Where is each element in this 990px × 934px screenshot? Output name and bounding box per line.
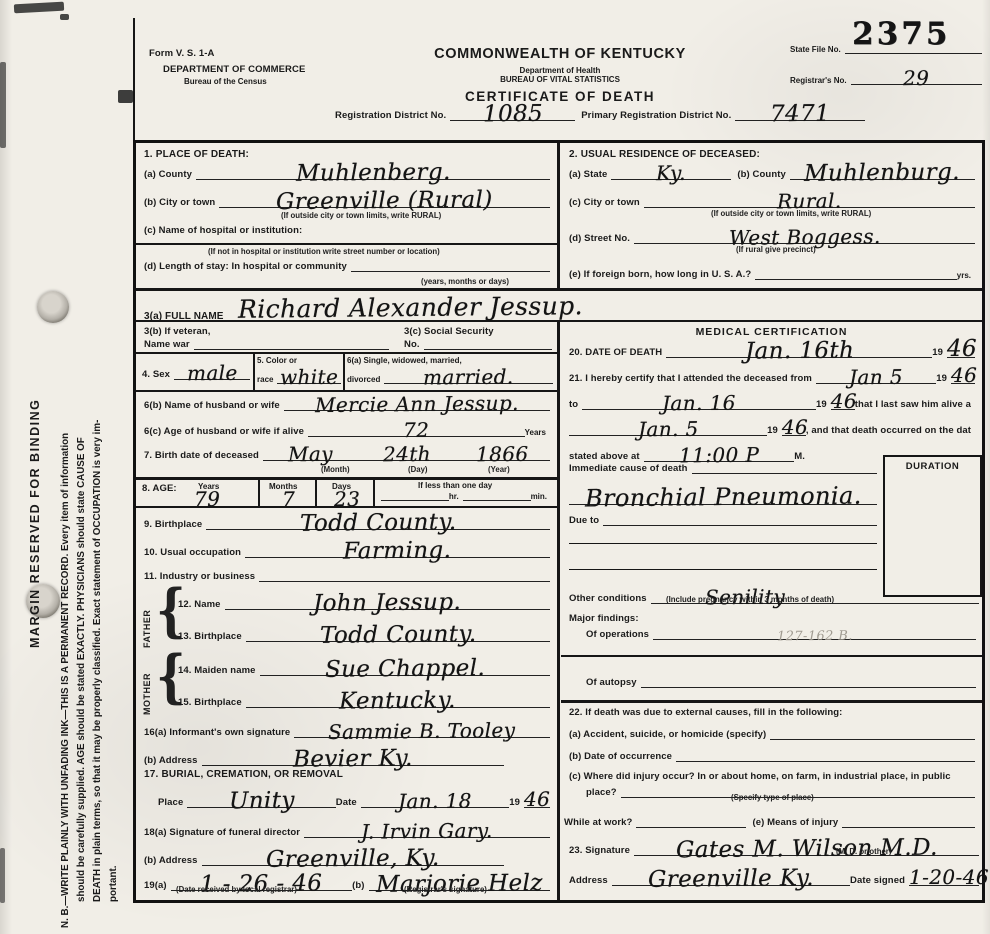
bureau-of-vital-statistics: BUREAU OF VITAL STATISTICS — [380, 75, 740, 84]
spouse-age-line: 72 — [308, 422, 525, 437]
attended-to-row: to Jan. 16 19 46 that I last saw him ali… — [569, 395, 975, 410]
cell-line — [136, 506, 557, 508]
father-name-value: John Jessup. — [313, 596, 461, 611]
mother-name-label: 14. Maiden name — [178, 665, 260, 676]
age-hr-line — [381, 500, 449, 501]
sex-row: 4. Sex male — [142, 365, 250, 380]
residence-city-line: Rural. — [644, 193, 975, 208]
registrar-no-line: 29 — [851, 70, 982, 85]
attended-from-year: 46 — [951, 363, 977, 387]
birth-date-row: 7. Birth date of deceased May 24th 1866 — [144, 446, 550, 461]
birthplace-line: Todd County. — [206, 515, 550, 530]
date-of-death-value: Jan. 16th — [744, 344, 853, 359]
certificate-form: 1. PLACE OF DEATH: (a) County Muhlenberg… — [133, 140, 985, 903]
death-occurred-text: , and that death occurred on the dat — [806, 425, 975, 436]
form-number: Form V. S. 1-A — [149, 48, 214, 59]
column-divider — [557, 143, 560, 288]
informant-address-line: Bevier Ky. — [202, 751, 504, 766]
informant-label: 16(a) Informant's own signature — [144, 727, 294, 738]
cell-divider — [343, 352, 345, 390]
birth-year-note: (Year) — [488, 465, 510, 474]
stated-above-label: stated above at — [569, 451, 644, 462]
state-file-line — [845, 53, 982, 54]
cell-divider — [315, 479, 317, 506]
mother-name-line: Sue Chappel. — [260, 661, 550, 676]
attended-to-year: 46 — [831, 389, 857, 413]
race-row: race white — [257, 369, 341, 384]
attended-from-year-prefix: 19 — [936, 373, 951, 384]
death-certificate-scan: MARGIN RESERVED FOR BINDING N. B.—WRITE … — [0, 0, 990, 934]
registration-district-label: Registration District No. — [335, 110, 450, 121]
burial-place-label: Place — [158, 797, 187, 808]
birth-day-value: 24th — [382, 448, 430, 461]
sex-line: male — [174, 365, 250, 380]
mother-name-value: Sue Chappel. — [325, 662, 485, 677]
death-city-label: (b) City or town — [144, 197, 219, 208]
physician-address-label: Address — [569, 875, 612, 886]
attended-to-line: Jan. 16 — [582, 395, 816, 410]
burial-place-line: Unity — [187, 793, 335, 808]
father-name-line: John Jessup. — [225, 595, 550, 610]
hour-of-death-row: stated above at 11:00 P M. — [569, 447, 809, 462]
father-name-label: 12. Name — [178, 599, 225, 610]
attended-to-prefix: to — [569, 399, 582, 410]
full-name-label: 3(a) FULL NAME — [144, 311, 228, 322]
cell-line — [561, 655, 982, 657]
date-of-death-year-line: 46 — [947, 343, 975, 358]
father-birthplace-line: Todd County. — [246, 627, 550, 642]
primary-district-value: 7471 — [770, 108, 830, 122]
header-center: COMMONWEALTH OF KENTUCKY Department of H… — [380, 46, 740, 104]
commonwealth-title: COMMONWEALTH OF KENTUCKY — [380, 46, 740, 62]
duration-label: DURATION — [885, 461, 980, 472]
received-note: (Date received by local registrar) — [176, 885, 297, 894]
section-divider — [136, 288, 982, 291]
accident-line — [770, 739, 975, 740]
mother-birthplace-row: 15. Birthplace Kentucky. — [178, 693, 550, 708]
operations-value: 127-162 B. — [777, 633, 853, 642]
age-min-line — [463, 500, 531, 501]
mother-birthplace-value: Kentucky. — [339, 694, 456, 709]
residence-street-line: West Boggess. — [634, 229, 975, 244]
length-of-stay-label: (d) Length of stay: In hospital or commu… — [144, 261, 351, 272]
funeral-director-address-row: (b) Address Greenville, Ky. — [144, 851, 504, 866]
mother-side-label: MOTHER — [142, 673, 152, 715]
residence-city-label: (c) City or town — [569, 197, 644, 208]
funeral-director-address-line: Greenville, Ky. — [202, 851, 504, 866]
industry-row: 11. Industry or business — [144, 571, 550, 582]
foreign-born-row: (e) If foreign born, how long in U. S. A… — [569, 269, 975, 280]
due-to-line — [603, 525, 877, 526]
occurrence-date-row: (b) Date of occurrence — [569, 751, 975, 762]
burial-place-date-row: Place Unity Date Jan. 18 19 46 — [158, 793, 550, 808]
funeral-director-address-label: (b) Address — [144, 855, 202, 866]
last-saw-line: Jan. 5 — [569, 421, 767, 436]
attended-to-value: Jan. 16 — [662, 397, 736, 410]
marital-row: divorced married. — [347, 369, 553, 384]
spouse-name-row: 6(b) Name of husband or wife Mercie Ann … — [144, 396, 550, 411]
last-saw-year-prefix: 19 — [767, 425, 782, 436]
burial-year-prefix: 19 — [509, 797, 524, 808]
hospital-note: (If not in hospital or institution write… — [208, 247, 440, 256]
ssn-label: 3(c) Social Security — [404, 326, 494, 337]
cell-line — [136, 243, 557, 245]
residence-state-label: (a) State — [569, 169, 611, 180]
medical-certification-title: MEDICAL CERTIFICATION — [561, 326, 982, 338]
attended-to-year-line: 46 — [831, 395, 855, 410]
race-label: 5. Color or — [257, 356, 297, 365]
industry-line — [259, 581, 550, 582]
birth-date-label: 7. Birth date of deceased — [144, 450, 263, 461]
date-of-death-label: 20. DATE OF DEATH — [569, 347, 666, 358]
spouse-age-value: 72 — [403, 424, 429, 436]
hour-of-death-line: 11:00 P — [644, 447, 795, 462]
header-left-rule — [133, 18, 135, 140]
last-saw-row: Jan. 5 19 46 , and that death occurred o… — [569, 421, 975, 436]
spouse-name-label: 6(b) Name of husband or wife — [144, 400, 284, 411]
other-conditions-note: (Include pregnancy within 3 months of de… — [666, 595, 834, 604]
residence-county-value: Muhlenburg. — [804, 166, 960, 181]
spouse-name-line: Mercie Ann Jessup. — [284, 396, 550, 411]
scan-edge-mark — [0, 62, 6, 148]
foreign-born-line — [755, 279, 957, 280]
residence-city-row: (c) City or town Rural. — [569, 193, 975, 208]
accident-row: (a) Accident, suicide, or homicide (spec… — [569, 729, 975, 740]
major-findings-label: Major findings: — [569, 613, 639, 624]
margin-note-line: DEATH in plain terms, so that it may be … — [90, 42, 106, 928]
while-at-work-row: While at work? (e) Means of injury — [564, 817, 975, 828]
date-of-death-line: Jan. 16th — [666, 343, 932, 358]
hour-of-death-value: 11:00 P — [679, 449, 759, 462]
hospital-label: (c) Name of hospital or institution: — [144, 225, 302, 236]
veteran-war-label: Name war — [144, 339, 194, 350]
occurrence-date-label: (b) Date of occurrence — [569, 751, 676, 762]
physician-signature-value: Gates M. Wilson M.D. — [676, 842, 938, 859]
foreign-born-label: (e) If foreign born, how long in U. S. A… — [569, 269, 755, 280]
department-of-commerce: DEPARTMENT OF COMMERCE — [163, 64, 305, 75]
spouse-age-row: 6(c) Age of husband or wife if alive 72 … — [144, 422, 550, 437]
veteran-war-row: Name war — [144, 339, 389, 350]
death-city-line: Greenville (Rural) — [219, 193, 550, 208]
spouse-name-value: Mercie Ann Jessup. — [315, 397, 519, 411]
informant-address-row: (b) Address Bevier Ky. — [144, 751, 504, 766]
burial-title: 17. BURIAL, CREMATION, OR REMOVAL — [144, 769, 343, 780]
length-of-stay-line — [351, 271, 550, 272]
date-of-death-year-prefix: 19 — [932, 347, 947, 358]
ssn-line — [424, 349, 552, 350]
sex-label: 4. Sex — [142, 369, 174, 380]
funeral-director-line: J. Irvin Gary. — [304, 823, 550, 838]
father-birthplace-row: 13. Birthplace Todd County. — [178, 627, 550, 642]
injury-place-note: (Specify type of place) — [731, 793, 814, 802]
informant-value: Sammie B. Tooley — [328, 724, 515, 738]
age-label: 8. AGE: — [142, 483, 177, 494]
occupation-value: Farming. — [343, 544, 451, 559]
spouse-age-suffix: Years — [525, 428, 550, 437]
blank-line — [569, 543, 877, 544]
scan-smudge — [60, 14, 69, 20]
residence-street-note: (If rural give precinct) — [736, 245, 816, 254]
cell-divider — [373, 479, 375, 506]
residence-city-value: Rural. — [777, 195, 842, 208]
death-county-line: Muhlenberg. — [196, 165, 550, 180]
marital-line: married. — [384, 369, 553, 384]
age-less-label: If less than one day — [418, 481, 492, 490]
registrar-sig-prefix: (b) — [352, 880, 368, 891]
birth-day-line: 24th — [359, 446, 455, 461]
birth-month-line: May — [263, 446, 359, 461]
physician-signature-row: 23. Signature Gates M. Wilson M.D. — [569, 841, 979, 856]
birth-month-note: (Month) — [321, 465, 350, 474]
marital-label2: divorced — [347, 375, 384, 384]
occupation-line: Farming. — [245, 543, 550, 558]
registration-district-value: 1085 — [483, 108, 543, 122]
occupation-label: 10. Usual occupation — [144, 547, 245, 558]
physician-address-line: Greenville Ky. — [612, 871, 850, 886]
certify-text: 21. I hereby certify that I attended the… — [569, 373, 816, 384]
physician-signature-note: (M. D. or other) — [836, 847, 891, 856]
means-of-injury-label: (e) Means of injury — [746, 817, 842, 828]
funeral-director-label: 18(a) Signature of funeral director — [144, 827, 304, 838]
birth-month-value: May — [288, 448, 333, 460]
residence-street-value: West Boggess. — [729, 230, 881, 244]
accident-label: (a) Accident, suicide, or homicide (spec… — [569, 729, 770, 740]
section-line — [561, 700, 982, 703]
father-side-label: FATHER — [142, 610, 152, 648]
duration-box: DURATION — [883, 455, 982, 597]
cell-line — [136, 477, 557, 480]
primary-district-label: Primary Registration District No. — [575, 110, 735, 121]
date-signed-line: 1-20-46 — [909, 871, 979, 886]
certificate-title: CERTIFICATE OF DEATH — [380, 89, 740, 104]
foreign-born-suffix: yrs. — [957, 271, 975, 280]
burial-date-label: Date — [336, 797, 361, 808]
veteran-war-line — [194, 349, 389, 350]
injury-place-label: place? — [586, 787, 621, 798]
operations-line: 127-162 B. — [653, 629, 976, 640]
while-at-work-label: While at work? — [564, 817, 636, 828]
state-file-label: State File No. — [790, 45, 845, 54]
cell-divider — [253, 352, 255, 390]
immediate-cause-label: Immediate cause of death — [569, 463, 692, 474]
bureau-of-census: Bureau of the Census — [184, 77, 267, 86]
funeral-director-address-value: Greenville, Ky. — [266, 852, 440, 868]
immediate-cause-row: Immediate cause of death — [569, 463, 877, 474]
death-city-row: (b) City or town Greenville (Rural) — [144, 193, 550, 208]
attended-to-year-prefix: 19 — [816, 399, 831, 410]
attended-from-line: Jan 5 — [816, 369, 936, 384]
operations-label: Of operations — [586, 629, 653, 640]
last-saw-text: that I last saw him alive a — [855, 399, 975, 410]
occupation-row: 10. Usual occupation Farming. — [144, 543, 550, 558]
mother-name-row: 14. Maiden name Sue Chappel. — [178, 661, 550, 676]
blank-line — [569, 569, 877, 570]
date-of-death-year-value: 46 — [947, 336, 977, 362]
full-name-value: Richard Alexander Jessup. — [237, 291, 582, 324]
mother-birthplace-line: Kentucky. — [246, 693, 550, 708]
date-signed-value: 1-20-46 — [909, 865, 989, 889]
burial-year-value: 46 — [524, 787, 550, 811]
injury-where-text: (c) Where did injury occur? In or about … — [569, 771, 951, 782]
occurrence-date-line — [676, 761, 975, 762]
attended-from-year-line: 46 — [951, 369, 975, 384]
residence-state-value: Ky. — [656, 167, 686, 179]
means-of-injury-line — [842, 827, 975, 828]
physician-address-value: Greenville Ky. — [648, 872, 814, 888]
residence-street-row: (d) Street No. West Boggess. — [569, 229, 975, 244]
residence-state-county-row: (a) State Ky. (b) County Muhlenburg. — [569, 165, 975, 180]
death-city-value: Greenville (Rural) — [276, 194, 493, 210]
hour-meridiem-label: M. — [794, 451, 809, 462]
length-of-stay-row: (d) Length of stay: In hospital or commu… — [144, 261, 550, 272]
state-file-row: State File No. — [790, 45, 982, 54]
registrar-sig-note: (Registrar's signature) — [404, 885, 487, 894]
scan-smudge — [14, 2, 64, 14]
physician-address-row: Address Greenville Ky. Date signed 1-20-… — [569, 871, 979, 886]
father-birthplace-label: 13. Birthplace — [178, 631, 246, 642]
attended-from-value: Jan 5 — [849, 371, 903, 384]
race-label2: race — [257, 375, 277, 384]
autopsy-line — [641, 687, 976, 688]
margin-note-line: should be carefully supplied. AGE should… — [74, 42, 90, 928]
cause-value-line: Bronchial Pneumonia. — [569, 488, 877, 505]
birthplace-value: Todd County. — [300, 516, 457, 531]
cause-handwriting-row: Bronchial Pneumonia. — [569, 488, 877, 505]
burial-place-value: Unity — [229, 795, 295, 809]
autopsy-row: Of autopsy — [586, 677, 976, 688]
ssn-no-label: No. — [404, 339, 424, 350]
age-hr-label: hr. — [449, 492, 463, 501]
residence-county-label: (b) County — [731, 169, 790, 180]
mother-birthplace-label: 15. Birthplace — [178, 697, 246, 708]
age-hr-min-row: hr. min. — [381, 492, 551, 501]
date-of-death-row: 20. DATE OF DEATH Jan. 16th 19 46 — [569, 343, 975, 358]
place-of-death-title: 1. PLACE OF DEATH: — [144, 149, 249, 160]
cause-value: Bronchial Pneumonia. — [585, 489, 862, 506]
birthplace-label: 9. Birthplace — [144, 519, 206, 530]
length-of-stay-note: (years, months or days) — [421, 277, 509, 286]
funeral-director-row: 18(a) Signature of funeral director J. I… — [144, 823, 550, 838]
department-of-health: Department of Health — [380, 66, 740, 75]
other-conditions-label: Other conditions — [569, 593, 651, 604]
informant-row: 16(a) Informant's own signature Sammie B… — [144, 723, 550, 738]
last-saw-value: Jan. 5 — [638, 423, 699, 436]
residence-state-line: Ky. — [611, 165, 731, 180]
margin-note: N. B.—WRITE PLAINLY WITH UNFADING INK—TH… — [58, 42, 121, 928]
residence-county-line: Muhlenburg. — [790, 165, 975, 180]
physician-signature-label: 23. Signature — [569, 845, 634, 856]
binding-margin-label: MARGIN RESERVED FOR BINDING — [28, 399, 42, 648]
death-county-value: Muhlenberg. — [296, 166, 451, 181]
marital-value: married. — [423, 371, 514, 384]
father-name-row: 12. Name John Jessup. — [178, 595, 550, 610]
sex-value: male — [187, 367, 238, 380]
residence-title: 2. USUAL RESIDENCE OF DECEASED: — [569, 149, 760, 160]
burial-year-line: 46 — [524, 793, 550, 808]
margin-note-line: N. B.—WRITE PLAINLY WITH UNFADING INK—TH… — [58, 42, 74, 928]
while-at-work-line — [636, 827, 746, 828]
last-saw-year-line: 46 — [782, 421, 806, 436]
informant-address-label: (b) Address — [144, 755, 202, 766]
last-saw-year: 46 — [782, 415, 808, 439]
birth-year-value: 1866 — [476, 448, 529, 461]
death-city-note: (If outside city or town limits, write R… — [281, 211, 441, 220]
registration-district-row: Registration District No. 1085 Primary R… — [335, 106, 865, 121]
cell-line — [136, 352, 557, 354]
cell-divider — [258, 479, 260, 506]
autopsy-label: Of autopsy — [586, 677, 641, 688]
registration-district-line: 1085 — [450, 106, 575, 121]
external-causes-title: 22. If death was due to external causes,… — [569, 707, 842, 718]
death-county-row: (a) County Muhlenberg. — [144, 165, 550, 180]
primary-district-line: 7471 — [735, 106, 865, 121]
registrar-no-value: 29 — [903, 72, 929, 84]
residence-street-label: (d) Street No. — [569, 233, 634, 244]
spouse-age-label: 6(c) Age of husband or wife if alive — [144, 426, 308, 437]
registrar-no-label: Registrar's No. — [790, 76, 851, 85]
margin-note-line: portant. — [106, 42, 122, 928]
informant-line: Sammie B. Tooley — [294, 723, 550, 738]
residence-city-note: (If outside city or town limits, write R… — [711, 209, 871, 218]
operations-row: Of operations 127-162 B. — [586, 629, 976, 640]
date-signed-label: Date signed — [850, 875, 909, 886]
race-line: white — [277, 369, 341, 384]
immediate-cause-line — [692, 473, 877, 474]
due-to-label: Due to — [569, 515, 603, 526]
death-county-label: (a) County — [144, 169, 196, 180]
race-value: white — [280, 371, 338, 384]
informant-address-value: Bevier Ky. — [293, 752, 413, 767]
veteran-label: 3(b) If veteran, — [144, 326, 211, 337]
registrar-no-row: Registrar's No. 29 — [790, 70, 982, 85]
due-to-row: Due to — [569, 515, 877, 526]
full-name-row: 3(a) FULL NAME Richard Alexander Jessup. — [144, 293, 764, 322]
marital-label: 6(a) Single, widowed, married, — [347, 356, 462, 365]
scan-edge-mark — [0, 848, 5, 903]
age-min-label: min. — [531, 492, 551, 501]
received-label: 19(a) — [144, 880, 171, 891]
burial-date-value: Jan. 18 — [398, 795, 472, 808]
physician-signature-line: Gates M. Wilson M.D. — [634, 841, 979, 856]
column-divider — [557, 320, 560, 900]
funeral-director-value: J. Irvin Gary. — [361, 824, 493, 837]
father-birthplace-value: Todd County. — [320, 628, 477, 643]
birthplace-row: 9. Birthplace Todd County. — [144, 515, 550, 530]
ssn-row: No. — [404, 339, 552, 350]
birth-year-line: 1866 — [454, 446, 550, 461]
burial-date-line: Jan. 18 — [361, 793, 509, 808]
birth-day-note: (Day) — [408, 465, 428, 474]
attended-from-row: 21. I hereby certify that I attended the… — [569, 369, 975, 384]
